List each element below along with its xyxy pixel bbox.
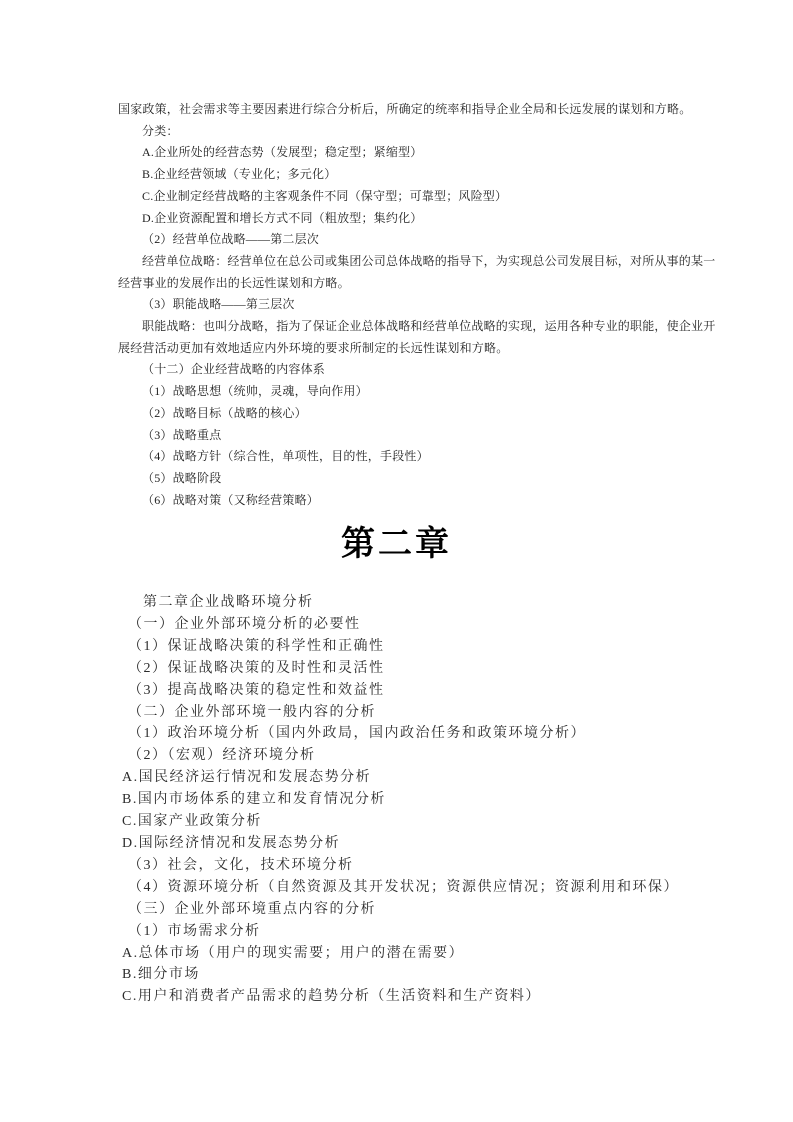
text-line: （2）经营单位战略——第二层次: [118, 229, 718, 251]
text-line: （3）职能战略——第三层次: [118, 294, 718, 316]
text-line: D.国际经济情况和发展态势分析: [118, 833, 758, 855]
text-line: 职能战略：也叫分战略，指为了保证企业总体战略和经营单位战略的实现，运用各种专业的…: [118, 316, 718, 338]
text-line: （3）战略重点: [118, 425, 718, 447]
text-line: （三）企业外部环境重点内容的分析: [118, 899, 758, 921]
text-line: （4）资源环境分析（自然资源及其开发状况；资源供应情况；资源利用和环保）: [118, 877, 758, 899]
text-line: D.企业资源配置和增长方式不同（粗放型；集约化）: [118, 208, 718, 230]
text-line: 国家政策，社会需求等主要因素进行综合分析后，所确定的统率和指导企业全局和长远发展…: [118, 99, 718, 121]
text-line: （2）（宏观）经济环境分析: [118, 745, 758, 767]
text-line: B.国内市场体系的建立和发育情况分析: [118, 789, 758, 811]
text-line: （5）战略阶段: [118, 468, 718, 490]
text-line: （1）战略思想（统帅，灵魂，导向作用）: [118, 381, 718, 403]
text-line: （3）社会，文化，技术环境分析: [118, 855, 758, 877]
bottom-outline-section: 第二章企业战略环境分析（一）企业外部环境分析的必要性（1）保证战略决策的科学性和…: [118, 592, 758, 1008]
text-line: （2）保证战略决策的及时性和灵活性: [118, 658, 758, 680]
text-line: 经营事业的发展作出的长远性谋划和方略。: [118, 273, 718, 295]
text-line: B.企业经营领域（专业化；多元化）: [118, 164, 718, 186]
chapter-heading: 第二章: [0, 520, 793, 570]
text-line: A.国民经济运行情况和发展态势分析: [118, 767, 758, 789]
text-line: （6）战略对策（又称经营策略）: [118, 490, 718, 512]
text-line: （1）保证战略决策的科学性和正确性: [118, 636, 758, 658]
text-line: 第二章企业战略环境分析: [118, 592, 758, 614]
text-line: 展经营活动更加有效地适应内外环境的要求所制定的长远性谋划和方略。: [118, 338, 718, 360]
text-line: B.细分市场: [118, 964, 758, 986]
text-line: （1）市场需求分析: [118, 921, 758, 943]
document-page: 国家政策，社会需求等主要因素进行综合分析后，所确定的统率和指导企业全局和长远发展…: [0, 0, 793, 1122]
text-line: （2）战略目标（战略的核心）: [118, 403, 718, 425]
top-outline-section: 国家政策，社会需求等主要因素进行综合分析后，所确定的统率和指导企业全局和长远发展…: [118, 99, 718, 511]
text-line: C.用户和消费者产品需求的趋势分析（生活资料和生产资料）: [118, 986, 758, 1008]
text-line: （1）政治环境分析（国内外政局，国内政治任务和政策环境分析）: [118, 723, 758, 745]
text-line: （4）战略方针（综合性，单项性，目的性，手段性）: [118, 446, 718, 468]
text-line: （3）提高战略决策的稳定性和效益性: [118, 680, 758, 702]
text-line: （一）企业外部环境分析的必要性: [118, 614, 758, 636]
text-line: A.总体市场（用户的现实需要；用户的潜在需要）: [118, 943, 758, 965]
text-line: C.企业制定经营战略的主客观条件不同（保守型；可靠型；风险型）: [118, 186, 718, 208]
text-line: 经营单位战略：经营单位在总公司或集团公司总体战略的指导下，为实现总公司发展目标，…: [118, 251, 718, 273]
text-line: （十二）企业经营战略的内容体系: [118, 359, 718, 381]
text-line: C.国家产业政策分析: [118, 811, 758, 833]
text-line: 分类：: [118, 121, 718, 143]
text-line: （二）企业外部环境一般内容的分析: [118, 702, 758, 724]
text-line: A.企业所处的经营态势（发展型；稳定型；紧缩型）: [118, 142, 718, 164]
